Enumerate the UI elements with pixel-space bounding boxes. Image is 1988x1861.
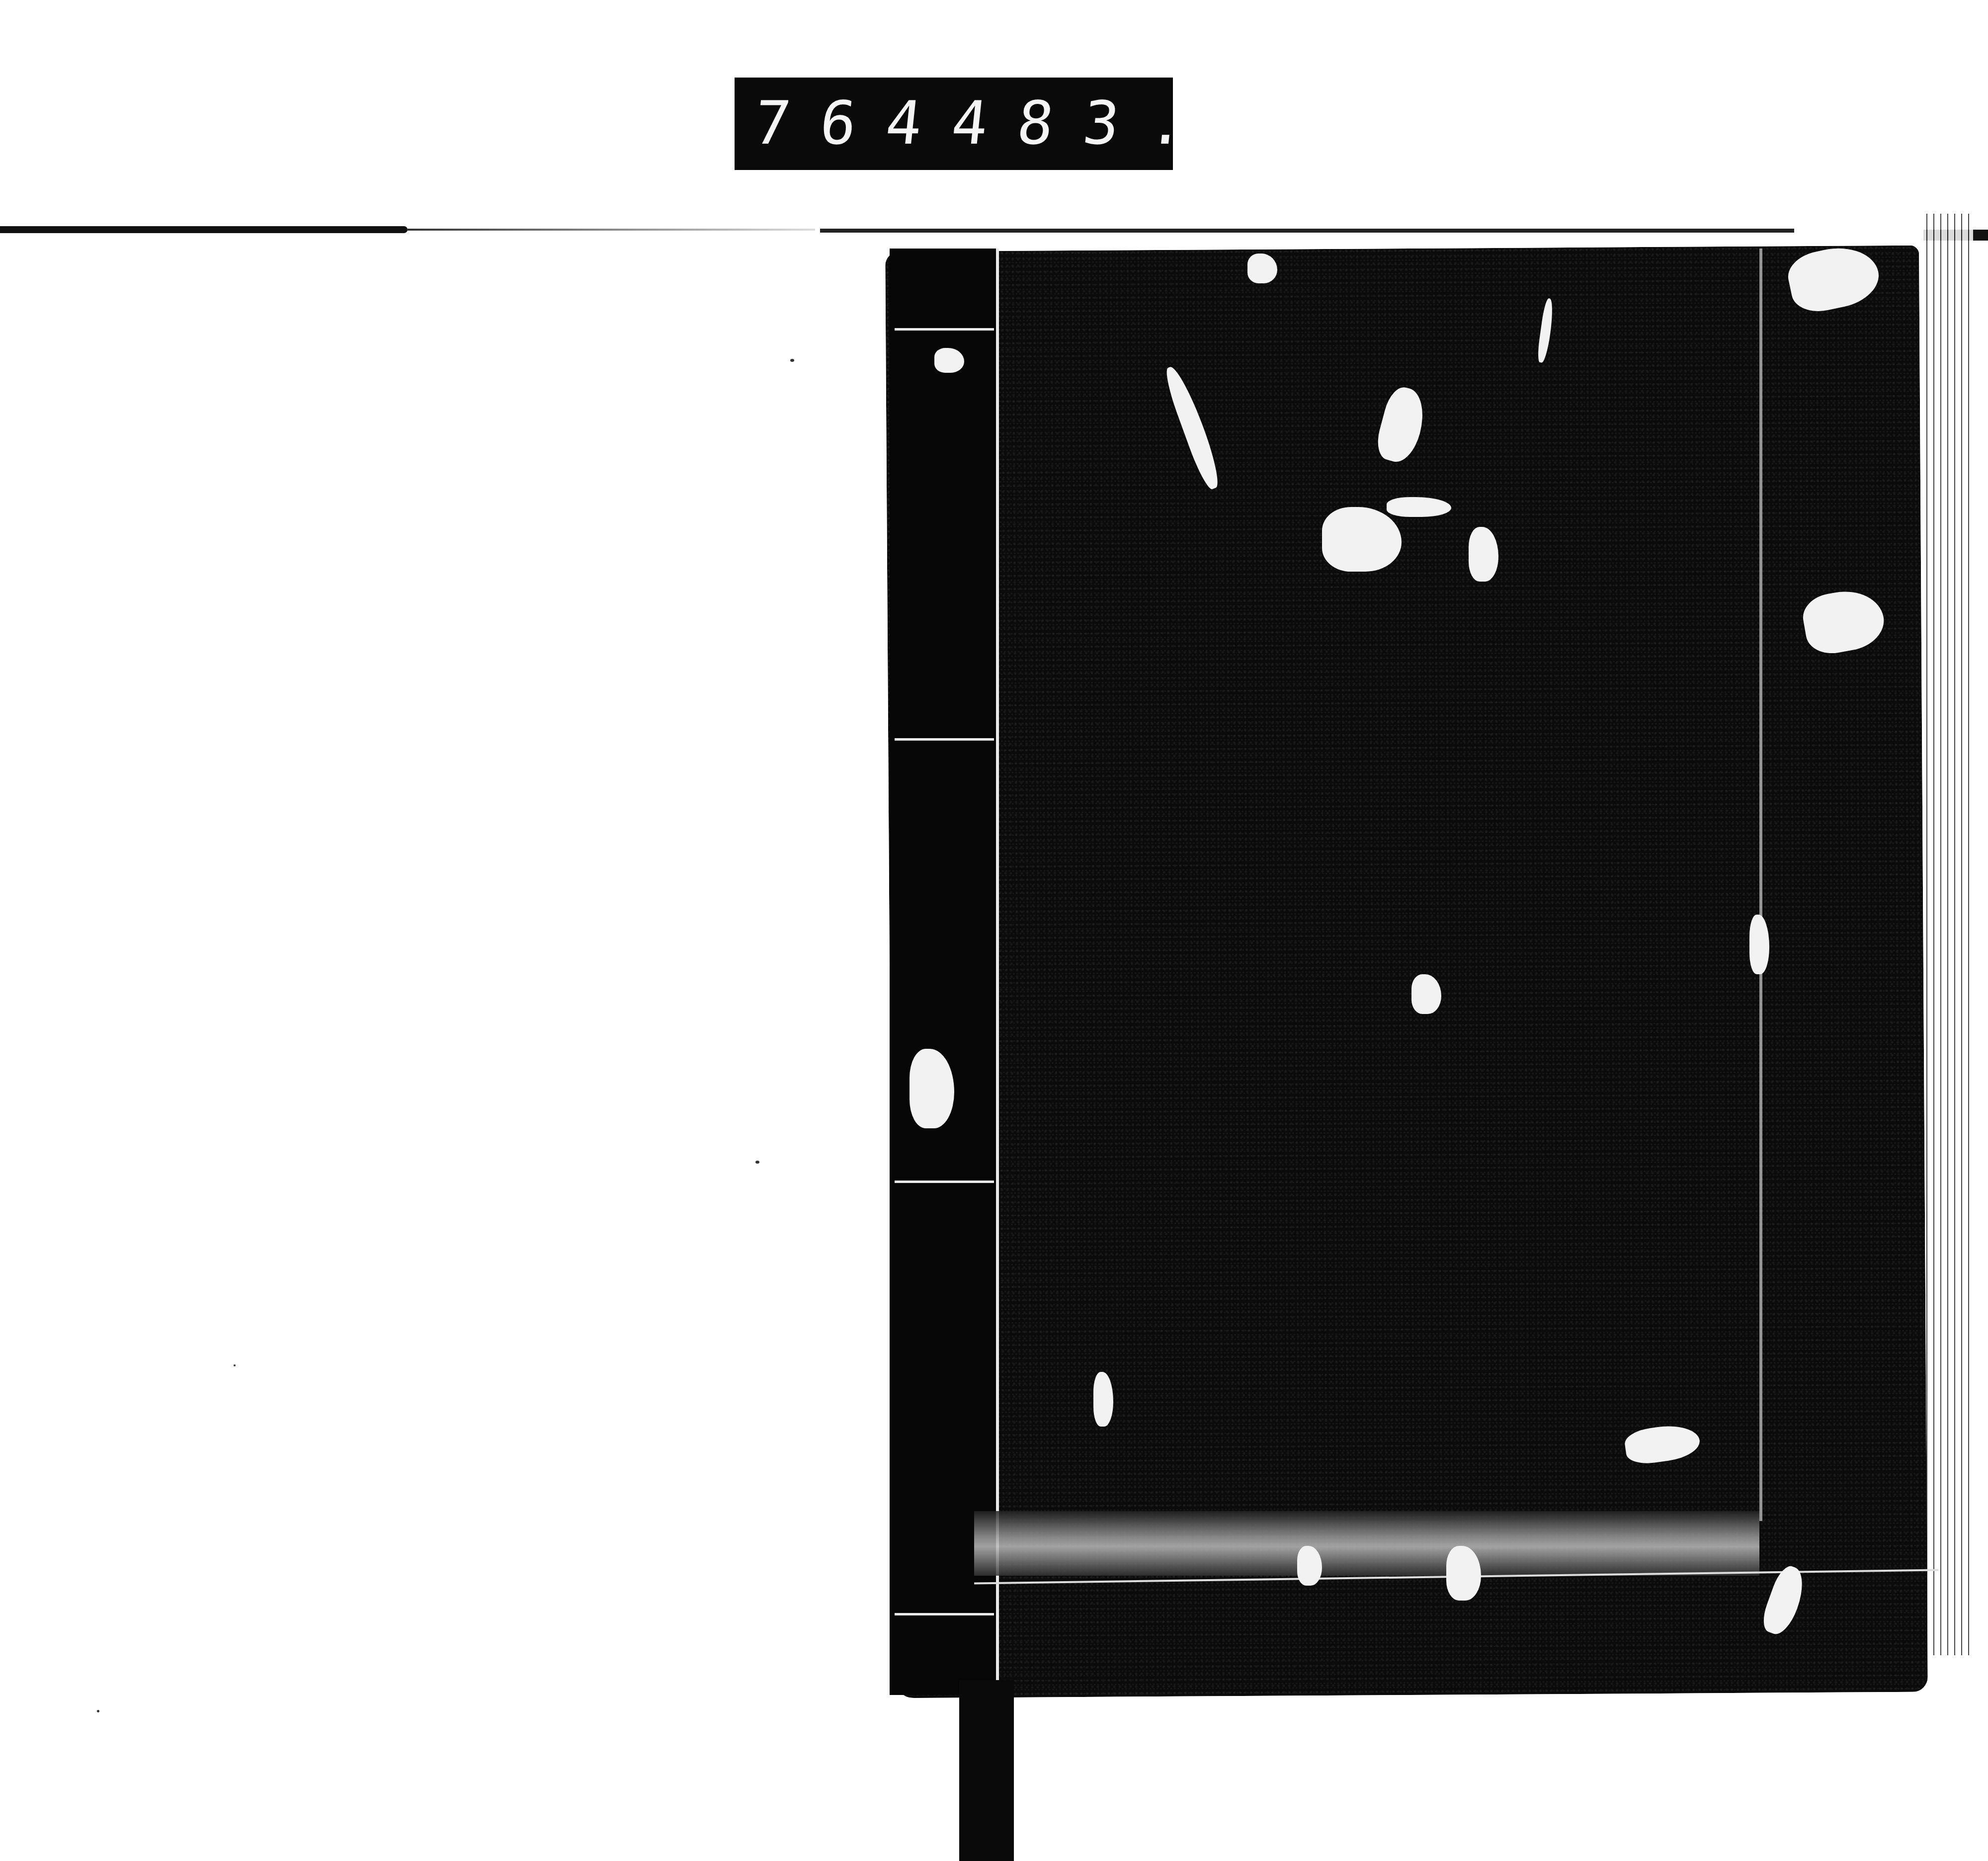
scan-rule-line-fade [408, 229, 815, 231]
scan-rule-line-left [0, 226, 408, 233]
spine-stitch-line [895, 1181, 994, 1183]
scanned-page: 764 483. [0, 0, 1988, 1861]
cover-damage-mark [934, 348, 964, 373]
call-number-label: 764 483. [735, 78, 1173, 170]
cover-inner-border [1759, 249, 1762, 1521]
spine-tail-strip [959, 1680, 1014, 1861]
spine-stitch-line [895, 738, 994, 741]
book-cover [885, 246, 1928, 1698]
spine-stitch-line [895, 1613, 994, 1615]
call-number-part1: 764 [751, 94, 955, 154]
spine-stitch-line [895, 328, 994, 331]
cover-damage-mark [1387, 497, 1451, 517]
scan-speck [234, 1364, 236, 1366]
scan-speck [97, 1710, 99, 1712]
call-number-part2: 483. [948, 94, 1218, 154]
scan-speck [790, 359, 794, 362]
scan-speck [755, 1161, 759, 1164]
cover-bottom-band [974, 1511, 1759, 1576]
book-spine [890, 249, 999, 1695]
book-page-edges [1923, 214, 1973, 1655]
scan-rule-line-top-of-book [820, 229, 1794, 233]
